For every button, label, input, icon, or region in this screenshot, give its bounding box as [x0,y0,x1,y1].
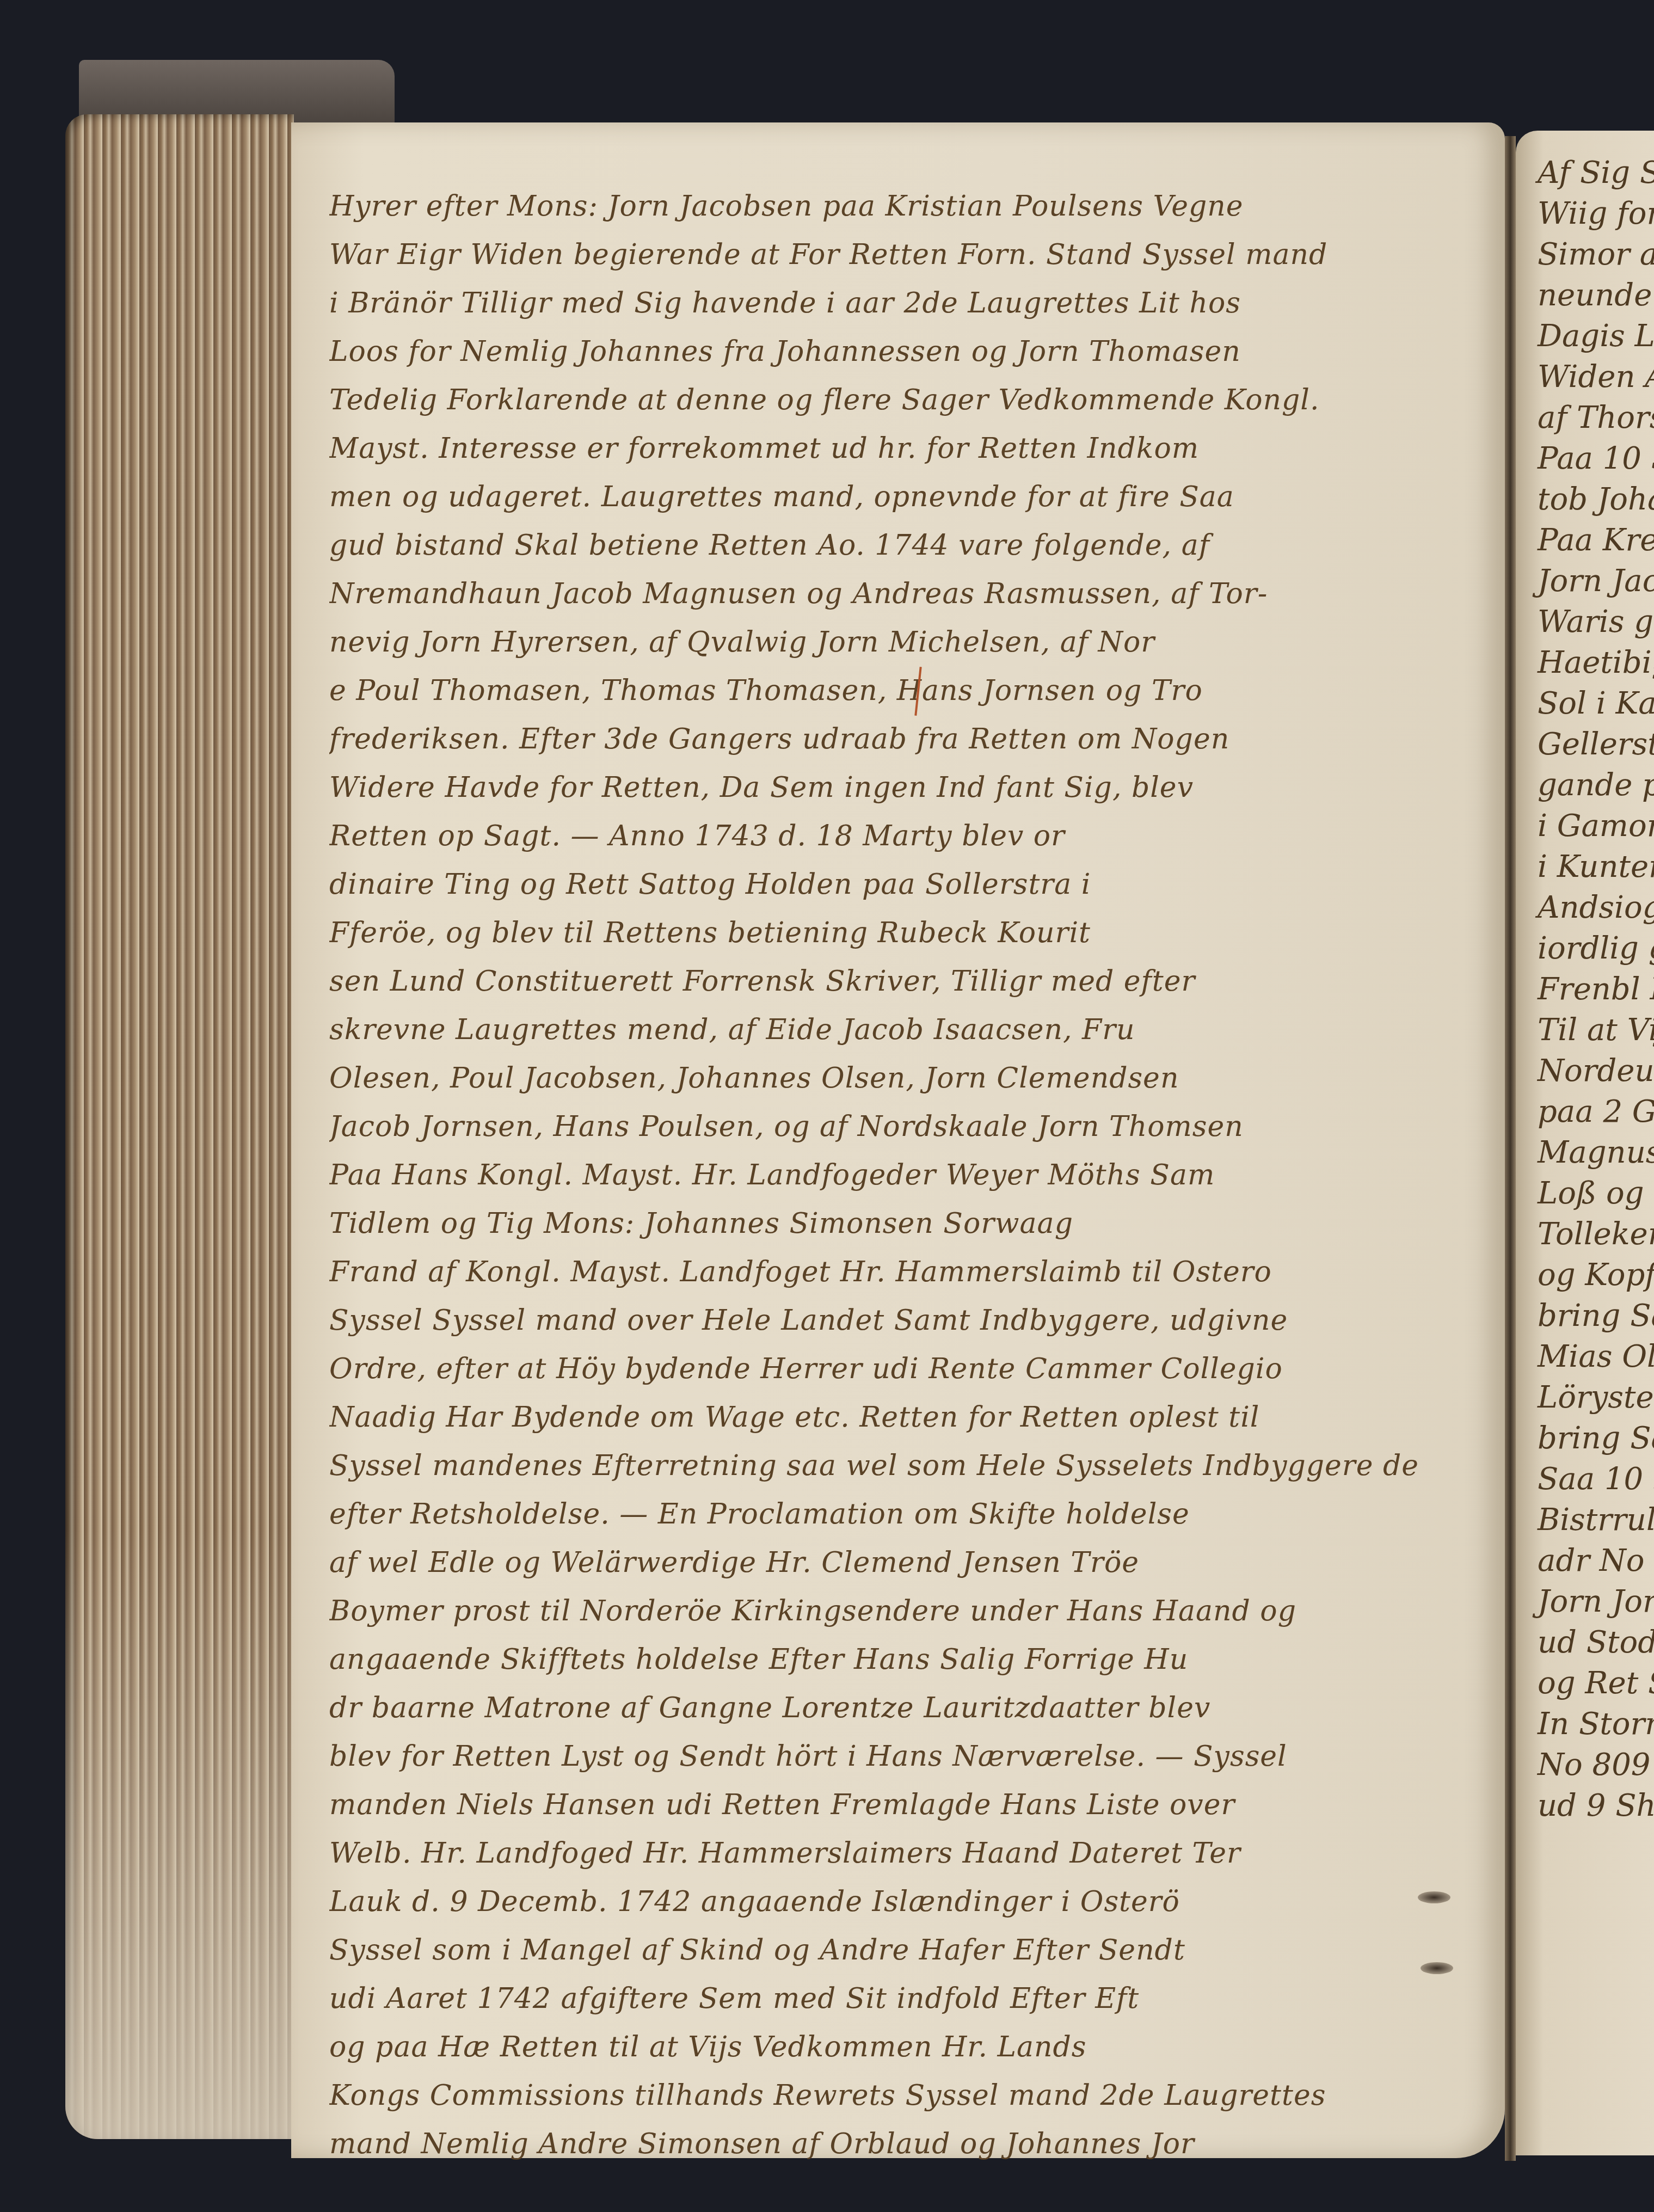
manuscript-line: skrevne Laugrettes mend, af Eide Jacob I… [329,1006,1483,1054]
manuscript-line: Af Sig Saa [1538,152,1654,193]
manuscript-line: Wiig for his Lil [1538,193,1654,234]
left-page: Hyrer efter Mons: Jorn Jacobsen paa Kris… [291,122,1505,2158]
right-page: Af Sig SaaWiig for his LilSimor at Hawne… [1516,131,1654,2155]
manuscript-line: frederiksen. Efter 3de Gangers udraab fr… [329,715,1483,764]
page-block-fore-edge [65,114,294,2139]
manuscript-line: Gellerstro Lod [1538,724,1654,765]
manuscript-line: Magnus Jo [1538,1132,1654,1173]
right-page-text-block: Af Sig SaaWiig for his LilSimor at Hawne… [1538,152,1654,1826]
manuscript-line: gud bistand Skal betiene Retten Ao. 1744… [329,521,1483,570]
manuscript-line: Loos for Nemlig Johannes fra Johannessen… [329,328,1483,376]
manuscript-line: af Thorshaun [1538,397,1654,438]
manuscript-line: Andsiog i Lod [1538,887,1654,928]
manuscript-line: Lauk d. 9 Decemb. 1742 angaaende Islændi… [329,1878,1483,1926]
manuscript-line: bring Sam af [1538,1418,1654,1459]
manuscript-line: Haetibig: Ber [1538,642,1654,683]
manuscript-line: paa 2 Gios [1538,1091,1654,1132]
manuscript-line: Syssel Syssel mand over Hele Landet Samt… [329,1297,1483,1345]
manuscript-line: Mayst. Interesse er forrekommet ud hr. f… [329,425,1483,473]
manuscript-line: Olesen, Poul Jacobsen, Johannes Olsen, J… [329,1054,1483,1103]
manuscript-line: dinaire Ting og Rett Sattog Holden paa S… [329,861,1483,909]
manuscript-line: Mias Olsen [1538,1336,1654,1377]
manuscript-line: og Ret Sort [1538,1663,1654,1704]
manuscript-line: sen Lund Constituerett Forrensk Skriver,… [329,957,1483,1006]
manuscript-line: i Kunters og [1538,846,1654,887]
manuscript-line: iordlig gande [1538,928,1654,969]
manuscript-line: Boymer prost til Norderöe Kirkingsendere… [329,1587,1483,1636]
manuscript-line: tob Johannesen [1538,479,1654,520]
manuscript-line: Nremandhaun Jacob Magnusen og Andreas Ra… [329,570,1483,618]
manuscript-line: Bistrruly Sam i [1538,1500,1654,1540]
manuscript-line: Syssel som i Mangel af Skind og Andre Ha… [329,1926,1483,1975]
manuscript-line: Ordre, efter at Höy bydende Herrer udi R… [329,1345,1483,1393]
manuscript-line: Retten op Sagt. — Anno 1743 d. 18 Marty … [329,812,1483,861]
manuscript-line: Lörystel i [1538,1377,1654,1418]
manuscript-line: Til at Vij [1538,1010,1654,1050]
manuscript-line: i Bränör Tilligr med Sig havende i aar 2… [329,279,1483,328]
page-edge-highlight [65,1529,294,2139]
manuscript-line: udi Aaret 1742 afgiftere Sem med Sit ind… [329,1975,1483,2023]
manuscript-line: Jacob Jornsen, Hans Poulsen, og af Nords… [329,1103,1483,1151]
manuscript-line: men og udageret. Laugrettes mand, opnevn… [329,473,1483,521]
manuscript-line: Paa Kre Wen [1538,520,1654,561]
manuscript-line: No 809 [1538,1744,1654,1785]
manuscript-line: ud 9 Shu [1538,1785,1654,1826]
manuscript-line: blev for Retten Lyst og Sendt hört i Han… [329,1732,1483,1781]
manuscript-line: Welb. Hr. Landfoged Hr. Hammerslaimers H… [329,1829,1483,1878]
manuscript-line: Tedelig Forklarende at denne og flere Sa… [329,376,1483,425]
manuscript-line: Sol i Kaukv [1538,683,1654,724]
manuscript-line: Jorn Jacobsen [1538,561,1654,601]
manuscript-line: Paa Hans Kongl. Mayst. Hr. Landfogeder W… [329,1151,1483,1200]
manuscript-line: dr baarne Matrone af Gangne Lorentze Lau… [329,1684,1483,1732]
manuscript-line: Widere Havde for Retten, Da Sem ingen In… [329,764,1483,812]
manuscript-line: manden Niels Hansen udi Retten Fremlagde… [329,1781,1483,1829]
manuscript-line: og paa Hæ Retten til at Vijs Vedkommen H… [329,2023,1483,2072]
manuscript-line: angaaende Skifftets holdelse Efter Hans … [329,1636,1483,1684]
manuscript-line: Frenbl Hr. Daa [1538,969,1654,1010]
manuscript-line: Hyrer efter Mons: Jorn Jacobsen paa Kris… [329,182,1483,231]
manuscript-line: mand Nemlig Andre Simonsen af Orblaud og… [329,2120,1483,2168]
manuscript-line: Paa 10 Skind vor [1538,438,1654,479]
manuscript-line: War Eigr Widen begierende at For Retten … [329,231,1483,279]
manuscript-line: nevig Jorn Hyrersen, af Qvalwig Jorn Mic… [329,618,1483,667]
manuscript-line: neunde forrer [1538,275,1654,316]
manuscript-line: i Gamor Adr [1538,806,1654,846]
paper-hole [1418,1891,1450,1903]
manuscript-line: Tidlem og Tig Mons: Johannes Simonsen So… [329,1200,1483,1248]
manuscript-line: Dagis Lod . [1538,316,1654,357]
manuscript-line: Saa 10 Skind [1538,1459,1654,1500]
manuscript-line: bring Saal Af [1538,1295,1654,1336]
manuscript-line: og Kopf Jos [1538,1255,1654,1295]
manuscript-line: Simor at Haw [1538,234,1654,275]
manuscript-line: af wel Edle og Welärwerdige Hr. Clemend … [329,1539,1483,1587]
open-manuscript-book: Hyrer efter Mons: Jorn Jacobsen paa Kris… [65,60,1654,2183]
manuscript-line: Nordeumbl [1538,1050,1654,1091]
manuscript-line: Fferöe, og blev til Rettens betiening Ru… [329,909,1483,957]
left-page-text-block: Hyrer efter Mons: Jorn Jacobsen paa Kris… [329,182,1483,2168]
manuscript-line: Jorn Jornsen [1538,1581,1654,1622]
manuscript-line: Widen Ath D [1538,357,1654,397]
manuscript-line: Kongs Commissions tillhands Rewrets Syss… [329,2072,1483,2120]
paper-hole [1421,1962,1453,1974]
manuscript-line: Naadig Har Bydende om Wage etc. Retten f… [329,1393,1483,1442]
manuscript-line: In Storm Gin [1538,1704,1654,1744]
manuscript-line: ud Stod Lie [1538,1622,1654,1663]
manuscript-line: e Poul Thomasen, Thomas Thomasen, Hans J… [329,667,1483,715]
manuscript-line: Frand af Kongl. Mayst. Landfoget Hr. Ham… [329,1248,1483,1297]
manuscript-line: adr No 17 A [1538,1540,1654,1581]
book-gutter [1505,136,1516,2161]
manuscript-line: Waris gans Saa [1538,601,1654,642]
manuscript-line: Loß og Saa [1538,1173,1654,1214]
manuscript-line: Tolleken af [1538,1214,1654,1255]
manuscript-line: efter Retsholdelse. — En Proclamation om… [329,1490,1483,1539]
manuscript-line: gande paa Gr [1538,765,1654,806]
manuscript-line: Syssel mandenes Efterretning saa wel som… [329,1442,1483,1490]
